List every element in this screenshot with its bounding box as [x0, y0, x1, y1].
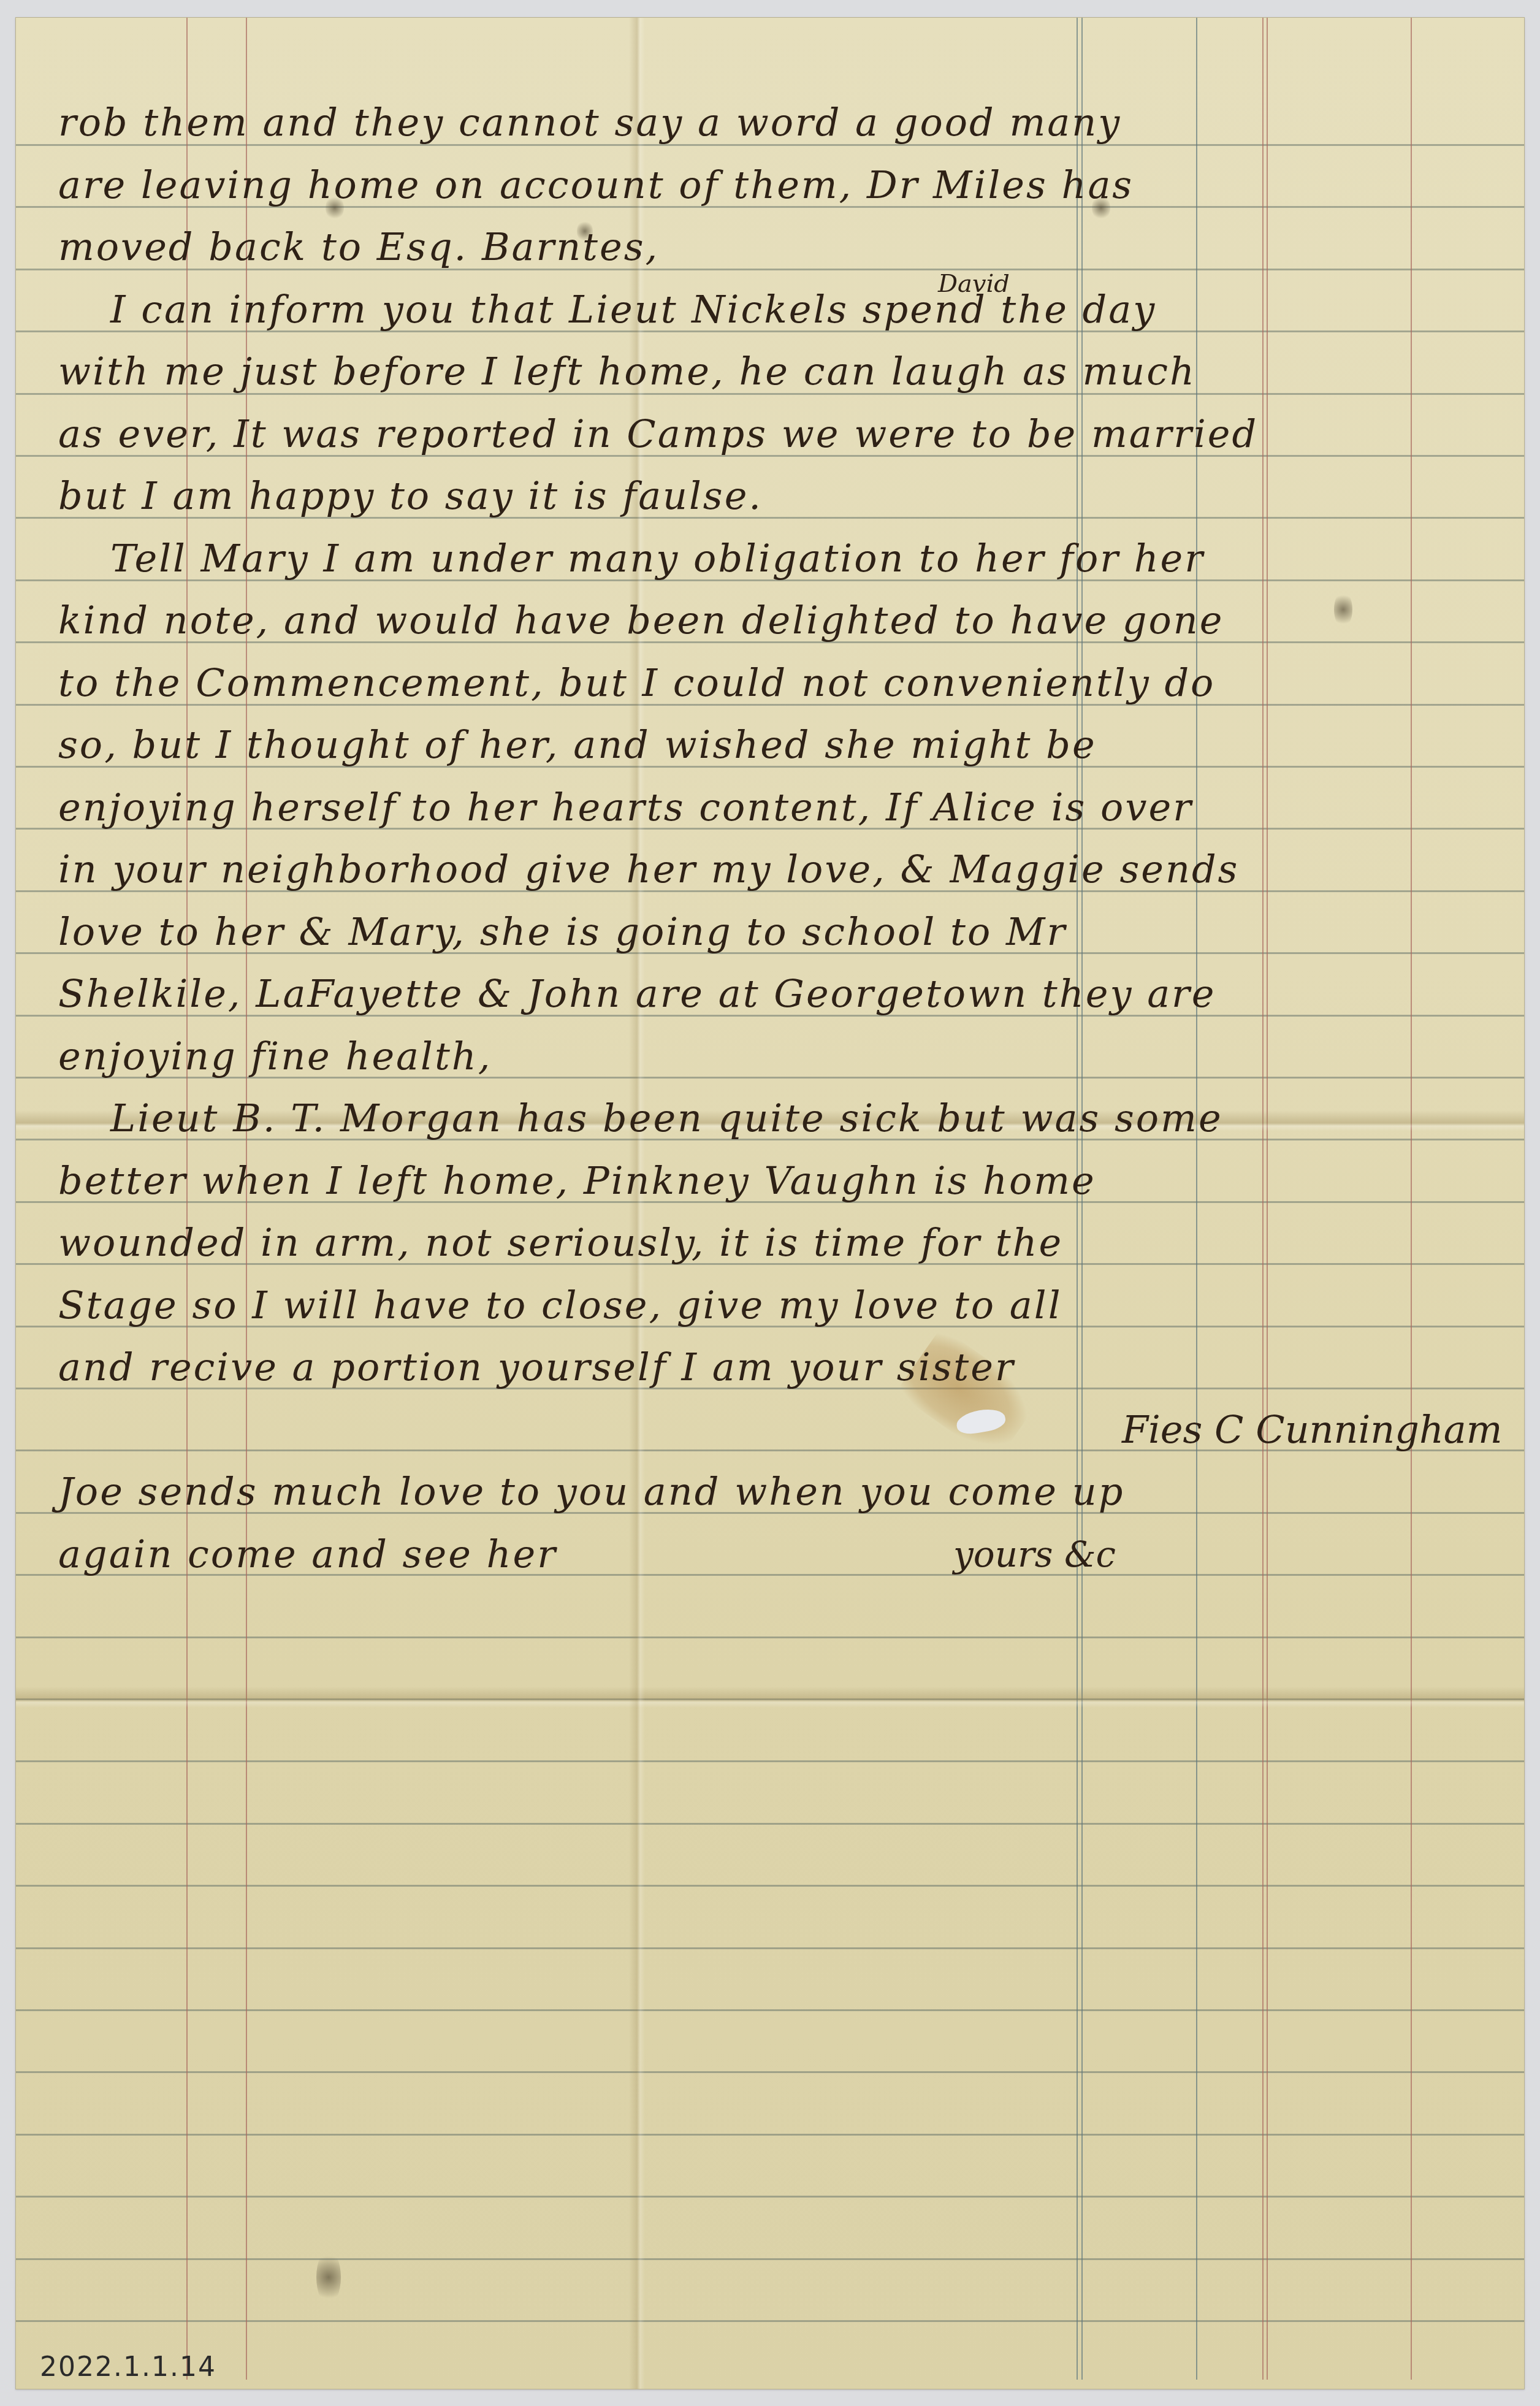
ruled-line	[16, 2071, 1524, 2073]
letter-line: moved back to Esq. Barntes,	[58, 223, 659, 272]
ruled-line	[16, 1636, 1524, 1638]
column-line-red	[1267, 18, 1268, 2380]
ink-spot	[1334, 591, 1352, 628]
postscript-line: Joe sends much love to you and when you …	[58, 1467, 1124, 1516]
letter-line: to the Commencement, but I could not con…	[58, 659, 1215, 708]
letter-line: better when I left home, Pinkney Vaughn …	[58, 1156, 1096, 1205]
letter-line: and recive a portion yourself I am your …	[58, 1343, 1015, 1392]
signature: Fies C Cunningham	[1122, 1405, 1503, 1454]
ink-spot	[316, 2250, 341, 2305]
letter-line: Stage so I will have to close, give my l…	[58, 1281, 1062, 1330]
letter-line: Lieut B. T. Morgan has been quite sick b…	[110, 1094, 1223, 1143]
accession-number: 2022.1.1.14	[40, 2351, 216, 2383]
column-line-blue	[1196, 18, 1197, 2380]
letter-line: with me just before I left home, he can …	[58, 347, 1196, 396]
ruled-line	[16, 1947, 1524, 1949]
letter-line: wounded in arm, not seriously, it is tim…	[58, 1218, 1063, 1267]
letter-line: enjoying fine health,	[58, 1032, 492, 1081]
letter-line: are leaving home on account of them, Dr …	[58, 161, 1134, 210]
column-line-red	[1262, 18, 1264, 2380]
ruled-line	[16, 1885, 1524, 1887]
paper-fold	[16, 1687, 1524, 1708]
letter-line: kind note, and would have been delighted…	[58, 596, 1224, 645]
closing: yours &c	[953, 1530, 1116, 1579]
ruled-line	[16, 1823, 1524, 1825]
letter-line: as ever, It was reported in Camps we wer…	[58, 410, 1258, 459]
ruled-line	[16, 2134, 1524, 2136]
ruled-line	[16, 2320, 1524, 2322]
column-line-red	[1411, 18, 1412, 2380]
letter-line: but I am happy to say it is faulse.	[58, 472, 763, 521]
letter-line: rob them and they cannot say a word a go…	[58, 98, 1121, 147]
letter-line: enjoying herself to her hearts content, …	[58, 783, 1193, 832]
postscript-line: again come and see her	[58, 1530, 557, 1579]
ruled-line	[16, 2258, 1524, 2260]
letter-line: so, but I thought of her, and wished she…	[58, 720, 1097, 770]
ruled-line	[16, 2009, 1524, 2011]
letter-line: Tell Mary I am under many obligation to …	[110, 534, 1205, 583]
letter-line: Shelkile, LaFayette & John are at George…	[58, 969, 1216, 1018]
ruled-line	[16, 1760, 1524, 1762]
letter-line: in your neighborhood give her my love, &…	[58, 845, 1239, 894]
ruled-line	[16, 2196, 1524, 2198]
letter-line: I can inform you that Lieut Nickels spen…	[110, 285, 1156, 334]
letter-line: love to her & Mary, she is going to scho…	[58, 907, 1067, 957]
